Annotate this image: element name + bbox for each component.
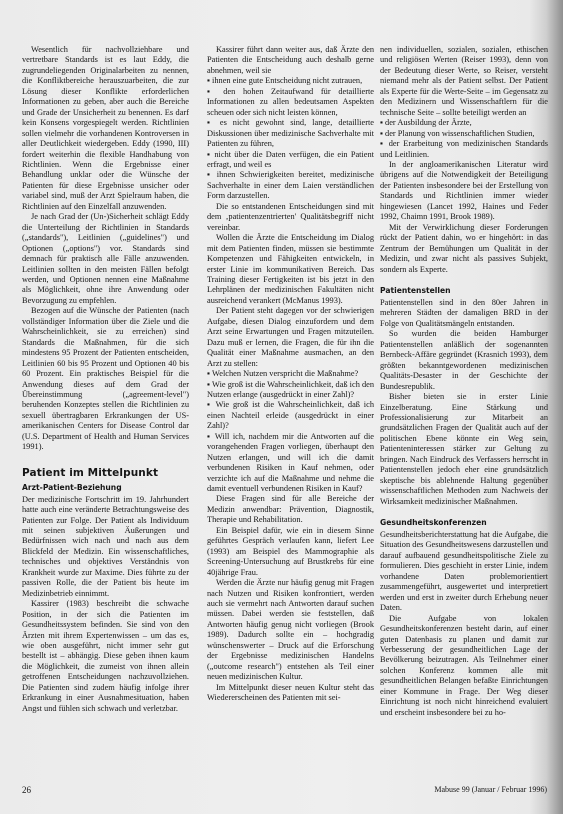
bullet-item: Wie groß ist die Wahrscheinlichkeit, daß… xyxy=(207,380,374,401)
body-paragraph: Bisher bieten sie in erster Linie Einzel… xyxy=(380,392,548,507)
subheading: Patientenstellen xyxy=(380,286,548,296)
page-number: 26 xyxy=(22,785,31,795)
bullet-item: der Erarbeitung von medizinischen Standa… xyxy=(380,139,548,160)
text-column-middle: Kassirer führt dann weiter aus, daß Ärzt… xyxy=(207,45,374,704)
body-paragraph: Ein Beispiel dafür, wie ein in diesem Si… xyxy=(207,526,374,578)
footer-source: Mabuse 99 (Januar / Februar 1996) xyxy=(434,785,547,794)
body-paragraph: In der angloamerikanischen Literatur wir… xyxy=(380,160,548,223)
bullet-item: es nicht gewohnt sind, lange, detaillier… xyxy=(207,118,374,149)
body-paragraph: Wesentlich für nachvollziehbare und vert… xyxy=(22,45,189,212)
body-paragraph: Je nach Grad der (Un-)Sicherheit schlägt… xyxy=(22,212,189,306)
body-paragraph: nen individuellen, sozialen, sozialen, e… xyxy=(380,45,548,118)
body-paragraph: Der medizinische Fortschritt im 19. Jahr… xyxy=(22,495,189,600)
bullet-item: Will ich, nachdem mir die Antworten auf … xyxy=(207,432,374,495)
body-paragraph: Bezogen auf die Wünsche der Patienten (n… xyxy=(22,306,189,452)
bullet-item: ihnen eine gute Entscheidung nicht zutra… xyxy=(207,76,374,86)
bullet-item: der Planung von wissenschaftlichen Studi… xyxy=(380,129,548,139)
bullet-item: den hohen Zeitaufwand für detaillierte I… xyxy=(207,87,374,118)
subheading: Gesundheitskonferenzen xyxy=(380,518,548,528)
body-paragraph: Gesundheitsberichterstattung hat die Auf… xyxy=(380,530,548,614)
text-column-right: nen individuellen, sozialen, sozialen, e… xyxy=(380,45,548,718)
body-paragraph: Kassirer (1983) beschreibt die schwache … xyxy=(22,599,189,714)
bullet-item: ihnen Schwierigkeiten bereitet, medizini… xyxy=(207,170,374,201)
bullet-item: der Ausbildung der Ärzte, xyxy=(380,118,548,128)
body-paragraph: Kassirer führt dann weiter aus, daß Ärzt… xyxy=(207,45,374,76)
body-paragraph: Im Mittelpunkt dieser neuen Kultur steht… xyxy=(207,683,374,704)
body-paragraph: Patientenstellen sind in den 80er Jahren… xyxy=(380,298,548,329)
body-paragraph: Die Aufgabe von lokalen Gesundheitskonfe… xyxy=(380,614,548,719)
magazine-page: Wesentlich für nachvollziehbare und vert… xyxy=(0,0,563,814)
body-paragraph: Diese Fragen sind für alle Bereiche der … xyxy=(207,494,374,525)
body-paragraph: Werden die Ärzte nur häufig genug mit Fr… xyxy=(207,578,374,683)
text-column-left: Wesentlich für nachvollziehbare und vert… xyxy=(22,45,189,714)
body-paragraph: Der Patient steht dagegen vor der schwie… xyxy=(207,306,374,369)
body-paragraph: Die so entstandenen Entscheidungen sind … xyxy=(207,202,374,233)
body-paragraph: Wollen die Ärzte die Entscheidung im Dia… xyxy=(207,233,374,306)
bullet-item: nicht über die Daten verfügen, die ein P… xyxy=(207,150,374,171)
section-heading: Patient im Mittelpunkt xyxy=(22,467,189,479)
bullet-item: Wie groß ist die Wahrscheinlichkeit, daß… xyxy=(207,400,374,431)
subheading: Arzt-Patient-Beziehung xyxy=(22,483,189,493)
body-paragraph: Mit der Verwirklichung dieser Forderunge… xyxy=(380,223,548,275)
body-paragraph: So wurden die beiden Hamburger Patienten… xyxy=(380,329,548,392)
bullet-item: Welchen Nutzen verspricht die Maßnahme? xyxy=(207,369,374,379)
